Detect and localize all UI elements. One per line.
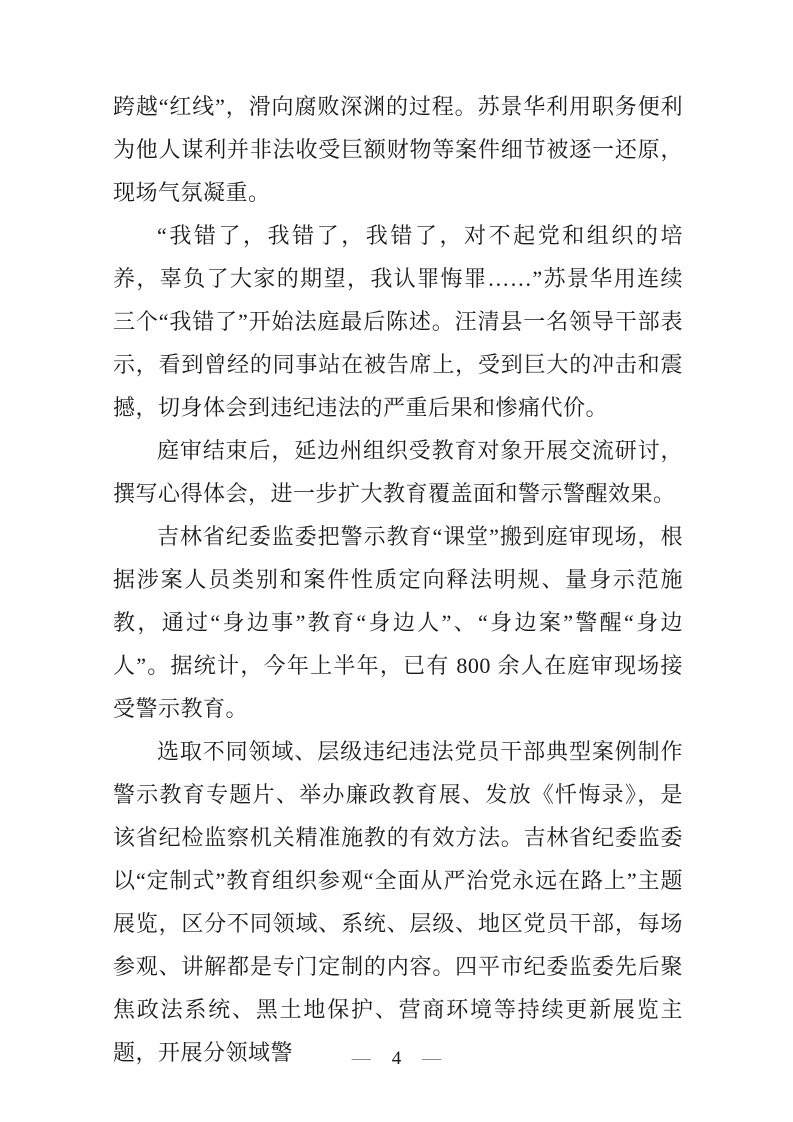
paragraph-quote-confession: “我错了，我错了，我错了，对不起党和组织的培养，辜负了大家的期望，我认罪悔罪………: [113, 214, 683, 429]
page-footer: —4—: [0, 1044, 793, 1074]
document-page: 跨越“红线”，滑向腐败深渊的过程。苏景华利用职务便利为他人谋利并非法收受巨额财物…: [0, 0, 793, 1122]
paragraph-jilin-commission: 吉林省纪委监委把警示教育“课堂”搬到庭审现场，根据涉案人员类别和案件性质定向释法…: [113, 515, 683, 730]
paragraph-continuation: 跨越“红线”，滑向腐败深渊的过程。苏景华利用职务便利为他人谋利并非法收受巨额财物…: [113, 85, 683, 214]
paragraph-case-selection: 选取不同领域、层级违纪违法党员干部典型案例制作警示教育专题片、举办廉政教育展、发…: [113, 730, 683, 1074]
page-number: 4: [392, 1048, 402, 1069]
paragraph-post-trial: 庭审结束后，延边州组织受教育对象开展交流研讨，撰写心得体会，进一步扩大教育覆盖面…: [113, 429, 683, 515]
footer-dash-left: —: [352, 1048, 371, 1069]
document-body: 跨越“红线”，滑向腐败深渊的过程。苏景华利用职务便利为他人谋利并非法收受巨额财物…: [113, 85, 683, 1074]
footer-dash-right: —: [422, 1048, 441, 1069]
